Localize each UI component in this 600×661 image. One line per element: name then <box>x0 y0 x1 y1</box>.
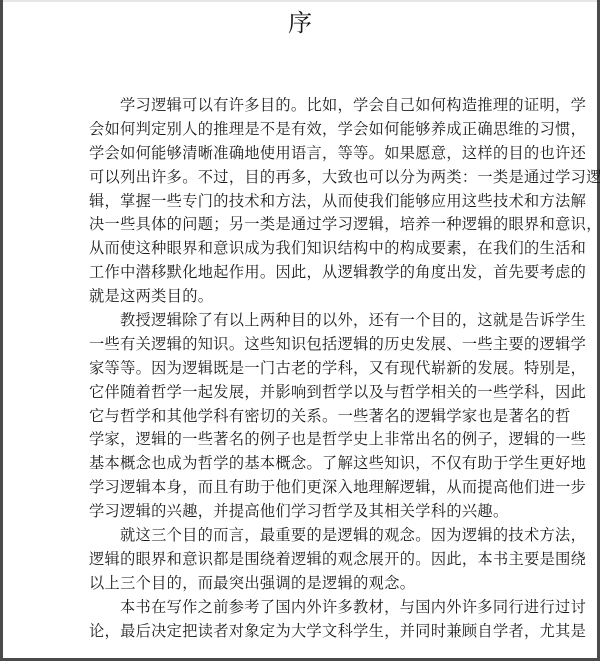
text-line: 从而使这种眼界和意识成为我们知识结构中的构成要素，在我们的生活和 <box>89 237 519 261</box>
text-line: 可以列出许多。不过，目的再多，大致也可以分为两类：一类是通过学习逻 <box>89 166 519 190</box>
text-line: 以上三个目的，而最突出强调的是逻辑的观念。 <box>89 572 519 596</box>
text-line: 学家，逻辑的一些著名的例子也是哲学史上非常出名的例子，逻辑的一些 <box>89 428 519 452</box>
text-line: 基本概念也成为哲学的基本概念。了解这些知识，不仅有助于学生更好地 <box>89 452 519 476</box>
document-page: 序 学习逻辑可以有许多目的。比如，学会自己如何构造推理的证明，学 会如何判定别人… <box>3 0 597 658</box>
text-line: 逻辑的眼界和意识都是围绕着逻辑的观念展开的。因此，本书主要是围绕 <box>89 548 519 572</box>
preface-body: 学习逻辑可以有许多目的。比如，学会自己如何构造推理的证明，学 会如何判定别人的推… <box>89 94 519 643</box>
text-line: 会如何判定别人的推理是不是有效，学会如何能够养成正确思维的习惯， <box>89 118 519 142</box>
text-line: 学习逻辑可以有许多目的。比如，学会自己如何构造推理的证明，学 <box>89 94 519 118</box>
text-line: 学习逻辑本身，而且有助于他们更深入地理解逻辑，从而提高他们进一步 <box>89 476 519 500</box>
text-line: 一些有关逻辑的知识。这些知识包括逻辑的历史发展、一些主要的逻辑学 <box>89 333 519 357</box>
text-line: 决一些具体的问题；另一类是通过学习逻辑，培养一种逻辑的眼界和意识， <box>89 213 519 237</box>
page-title: 序 <box>3 8 597 38</box>
text-line: 家等等。因为逻辑既是一门古老的学科，又有现代崭新的发展。特别是， <box>89 357 519 381</box>
text-line: 学会如何能够清晰准确地使用语言，等等。如果愿意，这样的目的也许还 <box>89 142 519 166</box>
text-line: 工作中潜移默化地起作用。因此，从逻辑教学的角度出发，首先要考虑的 <box>89 261 519 285</box>
text-line: 它伴随着哲学一起发展，并影响到哲学以及与哲学相关的一些学科，因此 <box>89 381 519 405</box>
text-line: 它与哲学和其他学科有密切的关系。一些著名的逻辑学家也是著名的哲 <box>89 405 519 429</box>
text-line: 就是这两类目的。 <box>89 285 519 309</box>
text-line: 教授逻辑除了有以上两种目的以外，还有一个目的，这就是告诉学生 <box>89 309 519 333</box>
text-line: 本书在写作之前参考了国内外许多教材，与国内外许多同行进行过讨 <box>89 596 519 620</box>
text-line: 论，最后决定把读者对象定为大学文科学生，并同时兼顾自学者，尤其是 <box>89 620 519 644</box>
text-line: 辑，掌握一些专门的技术和方法，从而使我们能够应用这些技术和方法解 <box>89 190 519 214</box>
text-line: 就这三个目的而言，最重要的是逻辑的观念。因为逻辑的技术方法， <box>89 524 519 548</box>
text-line: 学习逻辑的兴趣，并提高他们学习哲学及其相关学科的兴趣。 <box>89 500 519 524</box>
